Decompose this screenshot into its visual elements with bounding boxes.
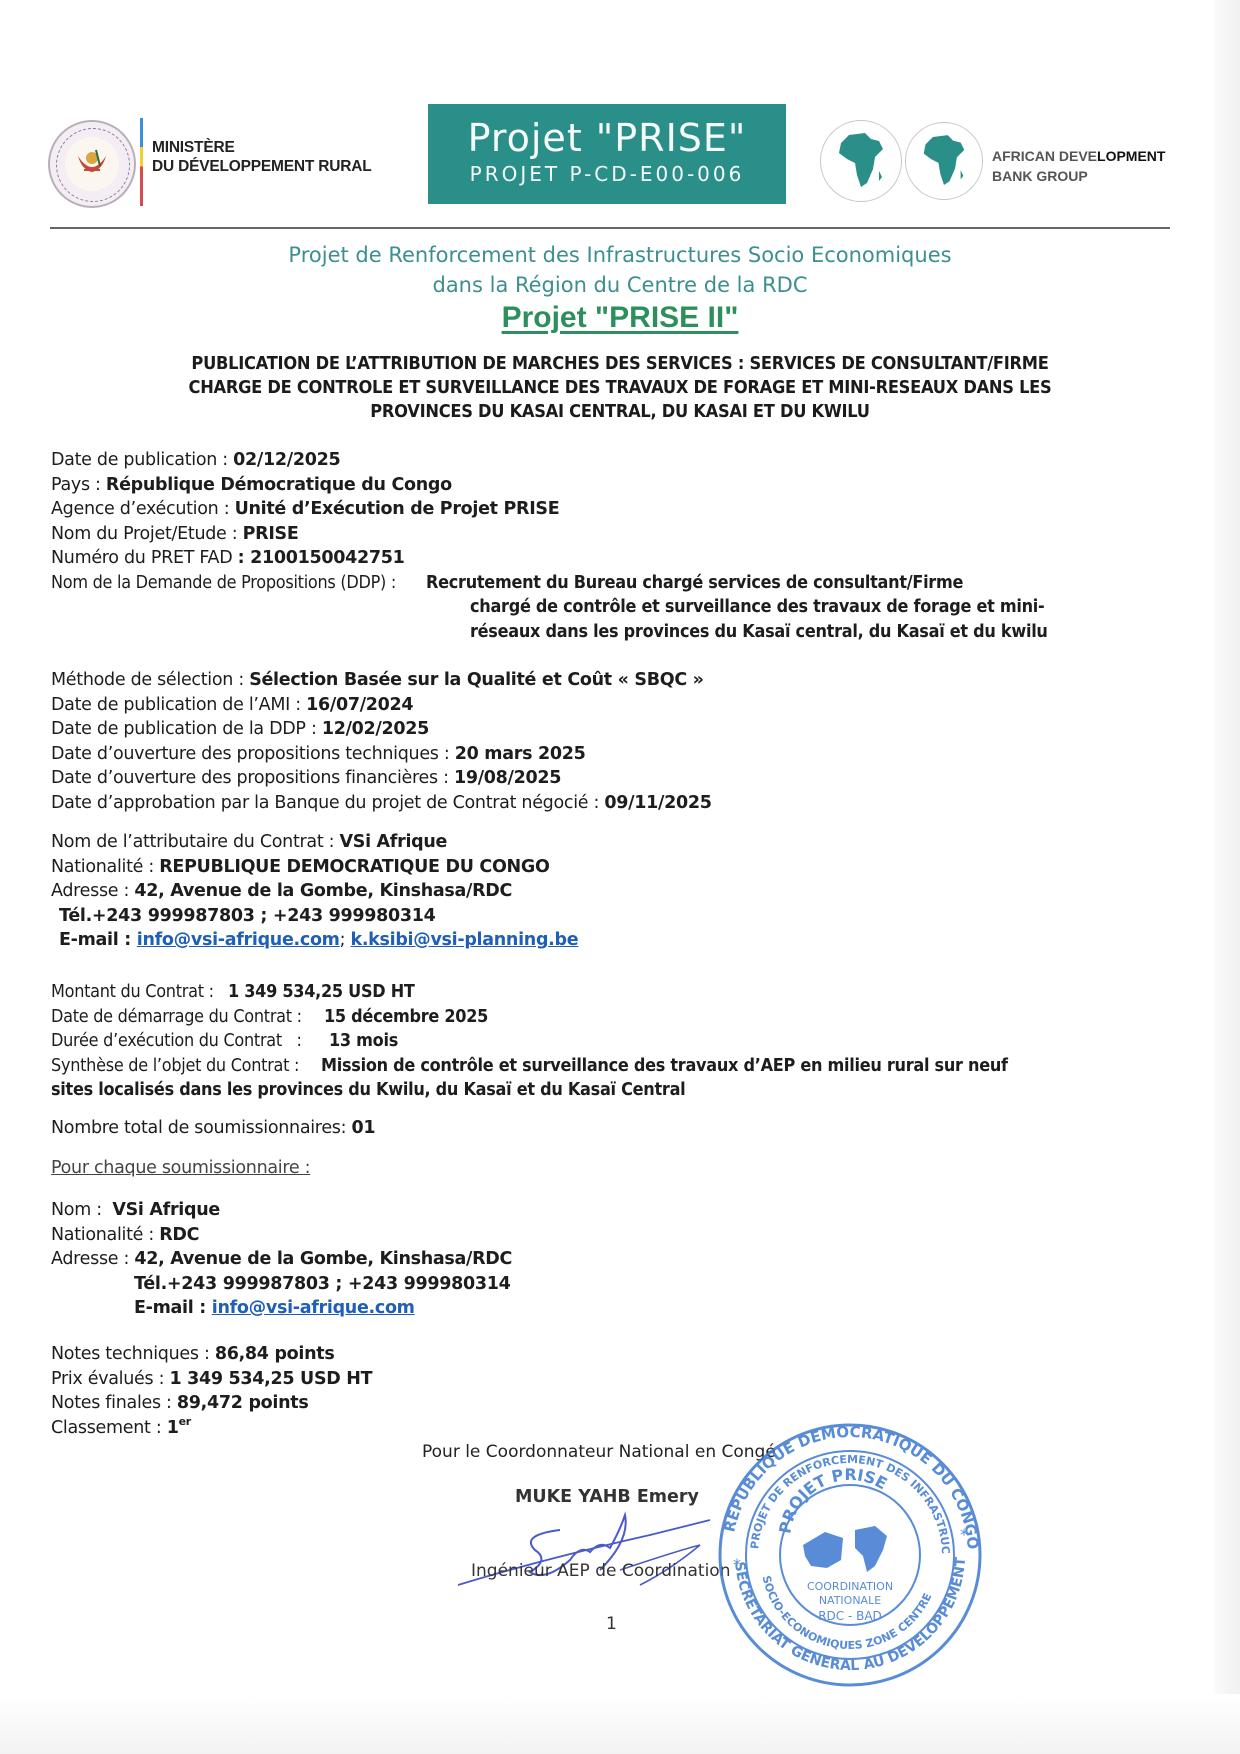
section-pour-chaque: Pour chaque soumissionnaire : xyxy=(51,1156,1191,1181)
field-value: 86,84 points xyxy=(215,1344,335,1364)
field-value: 42, Avenue de la Gombe, Kinshasa/RDC xyxy=(134,1249,512,1269)
email-separator: ; xyxy=(340,930,351,950)
field-label: Date d’ouverture des propositions techni… xyxy=(51,744,455,764)
field-value: sites localisés dans les provinces du Kw… xyxy=(51,1078,685,1103)
field-notes-techniques: Notes techniques : 86,84 points xyxy=(51,1342,1191,1367)
project-title-line2: dans la Région du Centre de la RDC xyxy=(0,270,1240,300)
document-page: MINISTÈRE DU DÉVELOPPEMENT RURAL Projet … xyxy=(0,0,1240,1754)
field-value: 19/08/2025 xyxy=(454,768,561,788)
field-label: Nationalité : xyxy=(51,857,159,877)
publication-title-line3: PROVINCES DU KASAI CENTRAL, DU KASAI ET … xyxy=(109,400,1132,424)
field-bidder-nom: Nom : VSi Afrique xyxy=(51,1198,1191,1223)
field-label: Durée d’exécution du Contrat : xyxy=(51,1029,306,1054)
field-label: Synthèse de l’objet du Contrat : xyxy=(51,1054,299,1079)
field-value: PRISE xyxy=(243,524,299,544)
contract-info: Montant du Contrat : 1 349 534,25 USD HT… xyxy=(51,980,1191,1103)
field-label: Nationalité : xyxy=(51,1225,159,1245)
general-info: Date de publication : 02/12/2025 Pays : … xyxy=(51,448,1191,644)
flag-color-bar xyxy=(140,118,143,206)
project-banner-code: PROJET P-CD-E00-006 xyxy=(428,160,786,188)
field-attributaire: Nom de l’attributaire du Contrat : VSi A… xyxy=(51,830,1191,855)
field-label: Nom de la Demande de Propositions (DDP) … xyxy=(51,571,396,596)
stamp-center-line1: COORDINATION xyxy=(807,1580,893,1593)
email-link-info[interactable]: info@vsi-afrique.com xyxy=(137,930,340,950)
afdb-name-part1: AFRICAN DEVE xyxy=(992,148,1097,164)
field-label: Pays : xyxy=(51,475,106,495)
field-approbation: Date d’approbation par la Banque du proj… xyxy=(51,791,1191,816)
field-label: Notes techniques : xyxy=(51,1344,215,1364)
field-label: Date de publication : xyxy=(51,450,233,470)
field-date-publication: Date de publication : 02/12/2025 xyxy=(51,448,1191,473)
field-adresse: Adresse : 42, Avenue de la Gombe, Kinsha… xyxy=(51,879,1191,904)
handwritten-signature-icon xyxy=(450,1490,750,1610)
field-value: Tél.+243 999987803 ; +243 999980314 xyxy=(134,1274,511,1294)
field-projet: Nom du Projet/Etude : PRISE xyxy=(51,522,1191,547)
field-label: Classement : xyxy=(51,1418,167,1438)
field-label: Prix évalués : xyxy=(51,1369,169,1389)
field-value: 1 349 534,25 USD HT xyxy=(228,980,415,1005)
field-label: E-mail : xyxy=(59,930,137,950)
project-banner-title: Projet "PRISE" xyxy=(428,116,786,160)
field-prix-evalues: Prix évalués : 1 349 534,25 USD HT xyxy=(51,1367,1191,1392)
field-value: 16/07/2024 xyxy=(306,695,413,715)
project-prise-banner: Projet "PRISE" PROJET P-CD-E00-006 xyxy=(428,104,786,204)
field-value: REPUBLIQUE DEMOCRATIQUE DU CONGO xyxy=(159,857,549,877)
official-stamp-icon: REPUBLIQUE DEMOCRATIQUE DU CONGO SECRETA… xyxy=(715,1420,985,1690)
field-agence: Agence d’exécution : Unité d’Exécution d… xyxy=(51,497,1191,522)
attributaire-info: Nom de l’attributaire du Contrat : VSi A… xyxy=(51,830,1191,953)
field-email: E-mail : info@vsi-afrique.com; k.ksibi@v… xyxy=(51,928,1191,953)
project-full-title: Projet de Renforcement des Infrastructur… xyxy=(0,240,1240,300)
field-label: Numéro du PRET FAD xyxy=(51,548,238,568)
field-label: Méthode de sélection : xyxy=(51,670,249,690)
field-label: Date de publication de l’AMI : xyxy=(51,695,306,715)
afdb-name-part2: LOPMENT xyxy=(1097,148,1165,164)
field-label: Adresse : xyxy=(51,1249,134,1269)
field-label: Nom du Projet/Etude : xyxy=(51,524,243,544)
field-value: 01 xyxy=(351,1118,375,1138)
header-divider xyxy=(50,227,1170,229)
field-label: Date d’approbation par la Banque du proj… xyxy=(51,793,604,813)
field-value: 13 mois xyxy=(329,1029,398,1054)
africa-map-icon xyxy=(835,131,887,191)
scan-bottom-shadow xyxy=(0,1694,1240,1754)
ministry-line1: MINISTÈRE xyxy=(152,138,372,157)
afdb-logo-icon xyxy=(820,120,902,202)
field-montant: Montant du Contrat : 1 349 534,25 USD HT xyxy=(51,980,1191,1005)
letterhead: MINISTÈRE DU DÉVELOPPEMENT RURAL Projet … xyxy=(0,100,1240,220)
field-label: Date d’ouverture des propositions financ… xyxy=(51,768,454,788)
field-value: Tél.+243 999987803 ; +243 999980314 xyxy=(59,906,436,926)
field-label: Date de publication de la DDP : xyxy=(51,719,322,739)
africa-map-icon xyxy=(920,133,968,189)
procedure-info: Méthode de sélection : Sélection Basée s… xyxy=(51,668,1191,815)
field-tel: Tél.+243 999987803 ; +243 999980314 xyxy=(51,904,1191,929)
field-ouverture-tech: Date d’ouverture des propositions techni… xyxy=(51,742,1191,767)
afdb-name-line2: BANK GROUP xyxy=(992,166,1165,186)
field-value: 42, Avenue de la Gombe, Kinshasa/RDC xyxy=(134,881,512,901)
stamp-center-line2: NATIONALE xyxy=(819,1594,881,1607)
publication-title-line2: CHARGE DE CONTROLE ET SURVEILLANCE DES T… xyxy=(109,376,1132,400)
field-ami: Date de publication de l’AMI : 16/07/202… xyxy=(51,693,1191,718)
field-value: 02/12/2025 xyxy=(233,450,340,470)
field-ddp-cont: chargé de contrôle et surveillance des t… xyxy=(51,595,1191,620)
bidder-email-link[interactable]: info@vsi-afrique.com xyxy=(212,1298,415,1318)
field-ddp: Nom de la Demande de Propositions (DDP) … xyxy=(51,571,1191,596)
field-pays: Pays : République Démocratique du Congo xyxy=(51,473,1191,498)
field-label: Montant du Contrat : xyxy=(51,980,214,1005)
ministry-seal-icon xyxy=(48,120,136,208)
afdb-name: AFRICAN DEVELOPMENT BANK GROUP xyxy=(992,146,1165,186)
field-value: République Démocratique du Congo xyxy=(106,475,452,495)
field-value: 15 décembre 2025 xyxy=(324,1005,488,1030)
field-label: E-mail : xyxy=(134,1298,212,1318)
field-value: Sélection Basée sur la Qualité et Coût «… xyxy=(249,670,703,690)
publication-title: PUBLICATION DE L’ATTRIBUTION DE MARCHES … xyxy=(109,352,1132,424)
field-value: 20 mars 2025 xyxy=(455,744,586,764)
field-pret-fad: Numéro du PRET FAD : 2100150042751 xyxy=(51,546,1191,571)
field-methode: Méthode de sélection : Sélection Basée s… xyxy=(51,668,1191,693)
field-label: Nom : xyxy=(51,1200,112,1220)
field-value: 89,472 points xyxy=(177,1393,309,1413)
field-label: Nombre total de soumissionnaires: xyxy=(51,1118,351,1138)
field-value: Mission de contrôle et surveillance des … xyxy=(321,1054,1008,1079)
page-number: 1 xyxy=(606,1614,617,1634)
field-value: VSi Afrique xyxy=(112,1200,220,1220)
coat-of-arms-icon xyxy=(74,146,110,178)
field-value: RDC xyxy=(159,1225,199,1245)
field-bidder-tel: Tél.+243 999987803 ; +243 999980314 xyxy=(51,1272,1191,1297)
field-value: : 2100150042751 xyxy=(238,548,405,568)
field-duree: Durée d’exécution du Contrat : 13 mois xyxy=(51,1029,1191,1054)
field-value: réseaux dans les provinces du Kasaï cent… xyxy=(470,620,1048,645)
evaluation-results: Notes techniques : 86,84 points Prix éva… xyxy=(51,1342,1191,1440)
field-value: VSi Afrique xyxy=(340,832,448,852)
field-label: Adresse : xyxy=(51,881,134,901)
field-synthese: Synthèse de l’objet du Contrat : Mission… xyxy=(51,1054,1191,1079)
field-synthese-cont: sites localisés dans les provinces du Kw… xyxy=(51,1078,1191,1103)
ministry-line2: DU DÉVELOPPEMENT RURAL xyxy=(152,157,372,176)
stamp-center-line3: RDC - BAD xyxy=(818,1609,882,1623)
project-title-line1: Projet de Renforcement des Infrastructur… xyxy=(0,240,1240,270)
field-value: 1 349 534,25 USD HT xyxy=(169,1369,372,1389)
field-label: Notes finales : xyxy=(51,1393,177,1413)
project-short-title: Projet "PRISE II" xyxy=(0,300,1240,336)
field-value: chargé de contrôle et surveillance des t… xyxy=(470,595,1044,620)
field-bidder-email: E-mail : info@vsi-afrique.com xyxy=(51,1296,1191,1321)
field-ouverture-fin: Date d’ouverture des propositions financ… xyxy=(51,766,1191,791)
project-short-title-text: Projet "PRISE II" xyxy=(502,301,739,334)
field-classement: Classement : 1er xyxy=(51,1416,1191,1441)
field-ddp-cont: réseaux dans les provinces du Kasaï cent… xyxy=(51,620,1191,645)
field-label: Agence d’exécution : xyxy=(51,499,235,519)
section-heading: Pour chaque soumissionnaire : xyxy=(51,1158,310,1178)
field-value: 09/11/2025 xyxy=(604,793,711,813)
afdb-logo-secondary-icon xyxy=(905,122,983,200)
field-label: Nom de l’attributaire du Contrat : xyxy=(51,832,340,852)
stamp-star-right: * xyxy=(960,1525,968,1544)
field-ddp-date: Date de publication de la DDP : 12/02/20… xyxy=(51,717,1191,742)
signatory-role: Ingénieur AEP de Coordination xyxy=(471,1561,730,1581)
email-link-ksibi[interactable]: k.ksibi@vsi-planning.be xyxy=(350,930,578,950)
field-demarrage: Date de démarrage du Contrat : 15 décemb… xyxy=(51,1005,1191,1030)
field-nationalite: Nationalité : REPUBLIQUE DEMOCRATIQUE DU… xyxy=(51,855,1191,880)
publication-title-line1: PUBLICATION DE L’ATTRIBUTION DE MARCHES … xyxy=(109,352,1132,376)
field-total-soumissionnaires: Nombre total de soumissionnaires: 01 xyxy=(51,1116,1191,1141)
field-value: Unité d’Exécution de Projet PRISE xyxy=(235,499,560,519)
stamp-star-left: * xyxy=(733,1555,741,1574)
ministry-name: MINISTÈRE DU DÉVELOPPEMENT RURAL xyxy=(152,138,372,176)
field-notes-finales: Notes finales : 89,472 points xyxy=(51,1391,1191,1416)
field-bidder-nationalite: Nationalité : RDC xyxy=(51,1223,1191,1248)
field-value: 12/02/2025 xyxy=(322,719,429,739)
field-label: Date de démarrage du Contrat : xyxy=(51,1005,302,1030)
ordinal-suffix: er xyxy=(179,1415,191,1428)
field-value: Recrutement du Bureau chargé services de… xyxy=(426,571,963,596)
field-bidder-adresse: Adresse : 42, Avenue de la Gombe, Kinsha… xyxy=(51,1247,1191,1272)
bidder-info: Nom : VSi Afrique Nationalité : RDC Adre… xyxy=(51,1198,1191,1321)
field-value: 1 xyxy=(167,1418,179,1438)
